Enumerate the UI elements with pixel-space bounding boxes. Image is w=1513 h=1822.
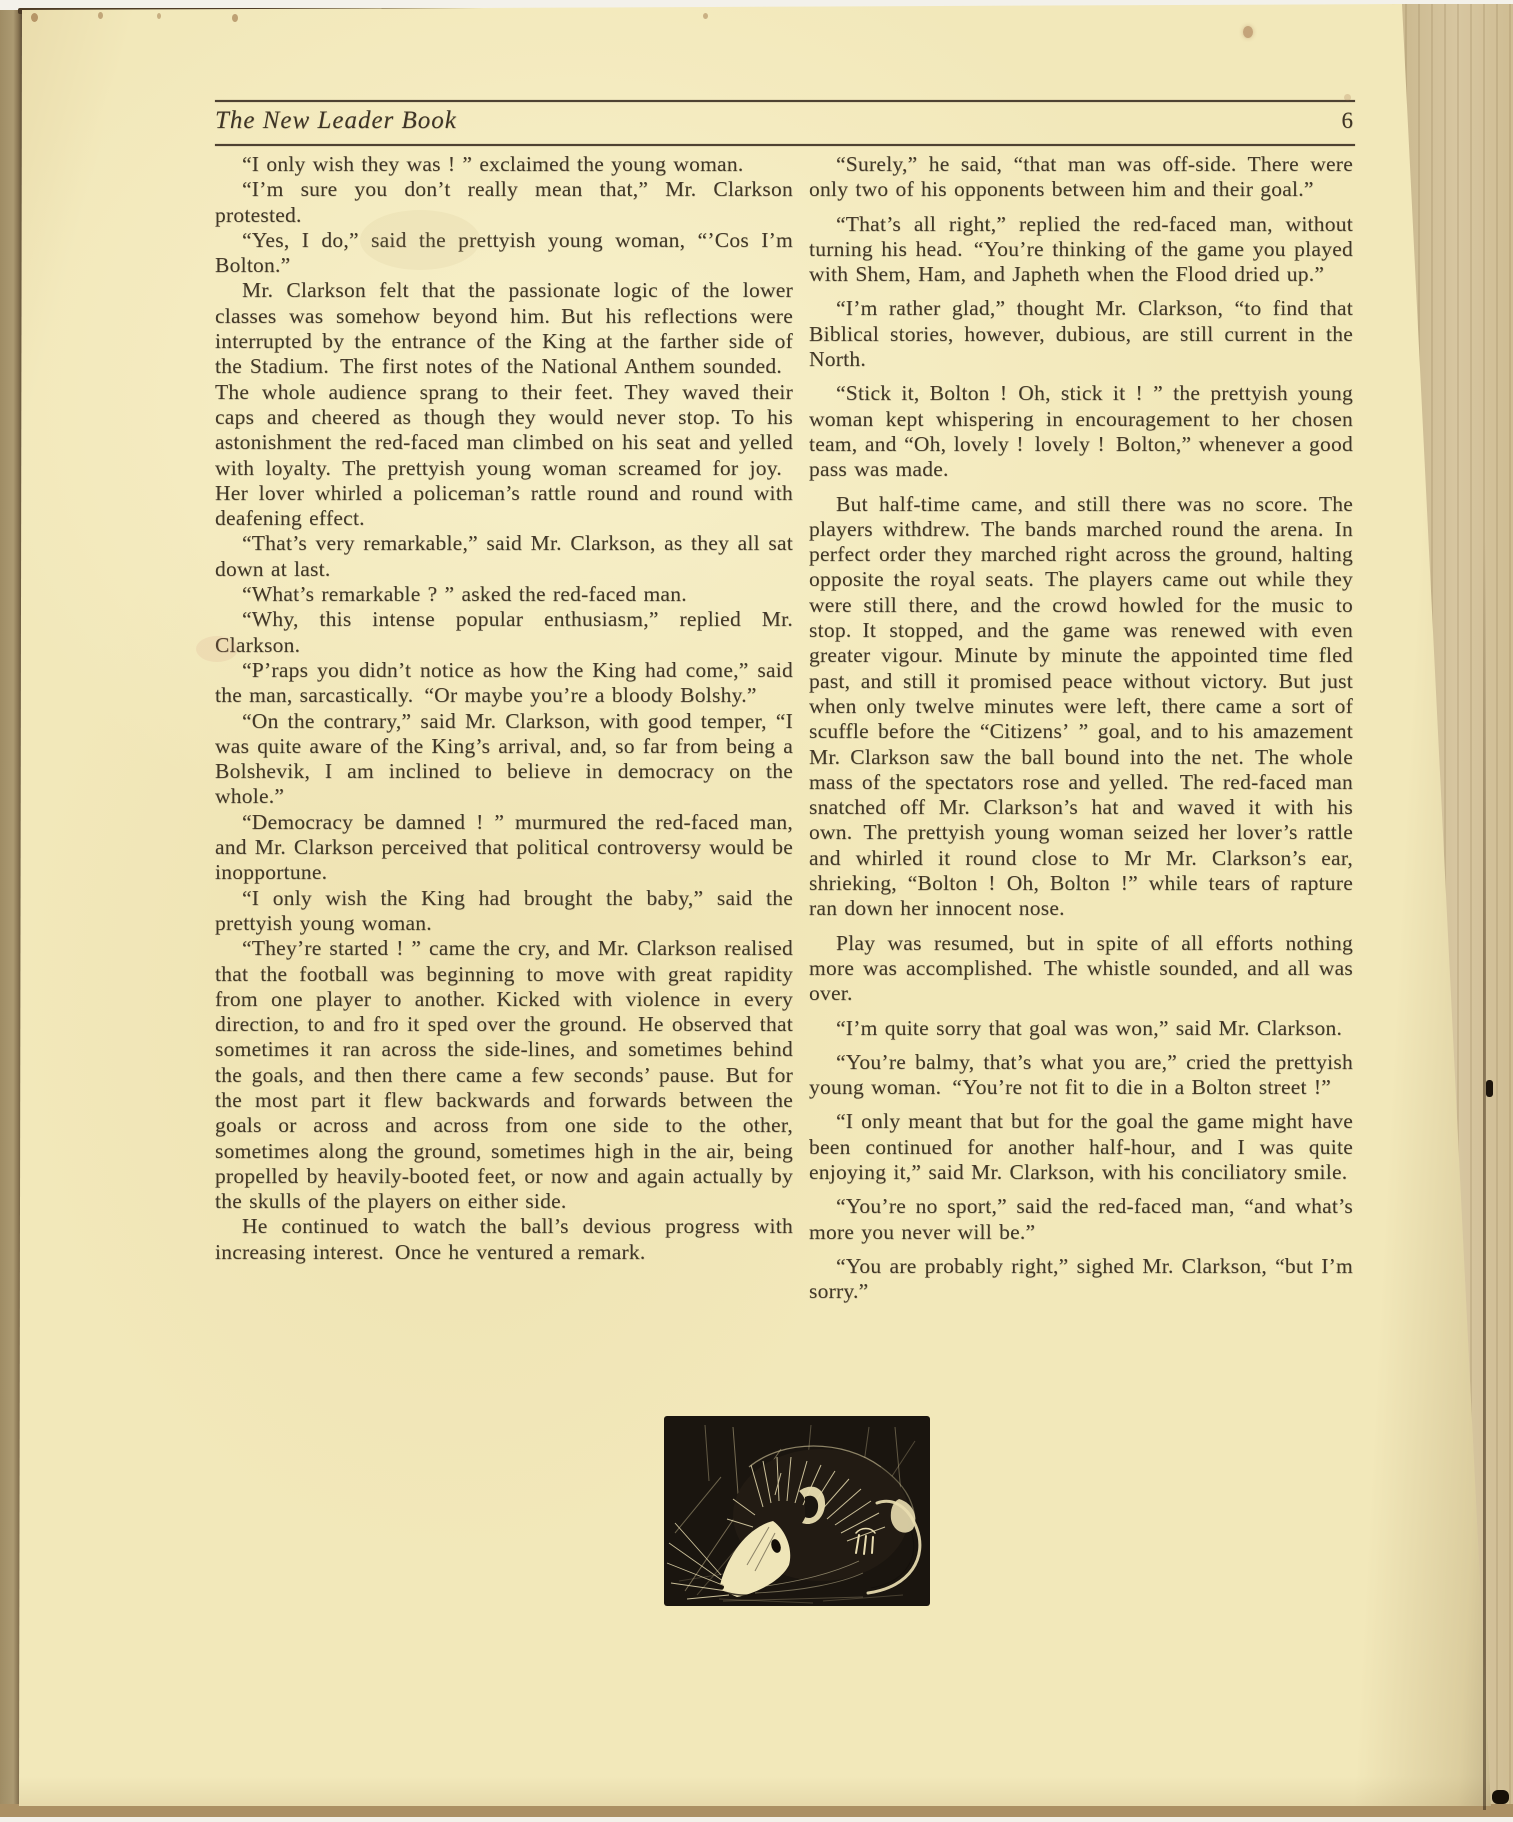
page-smudge [196,636,238,662]
paragraph: “You’re balmy, that’s what you are,” cri… [809,1050,1353,1101]
paragraph: “Stick it, Bolton ! Oh, stick it ! ” the… [809,381,1353,482]
ink-speck [1486,1080,1493,1097]
foxing-spot [703,13,708,19]
paragraph: “That’s very remarkable,” said Mr. Clark… [215,531,793,582]
ink-speck [1492,1790,1509,1804]
foxing-spot [1344,94,1351,101]
paragraph: “I’m sure you don’t really mean that,” M… [215,177,793,228]
right-column: “Surely,” he said, “that man was off-sid… [809,152,1353,1434]
left-column: “I only wish they was ! ” exclaimed the … [215,152,793,1404]
paragraph: “Surely,” he said, “that man was off-sid… [809,152,1353,203]
mouse-woodcut-illustration [663,1415,931,1607]
running-header-title: The New Leader Book [215,102,457,135]
paragraph: “I’m rather glad,” thought Mr. Clarkson,… [809,296,1353,372]
text-columns: “I only wish they was ! ” exclaimed the … [215,152,1353,1434]
paragraph: “Democracy be damned ! ” murmured the re… [215,810,793,886]
paragraph: “You’re no sport,” said the red-faced ma… [809,1194,1353,1245]
paragraph: “On the contrary,” said Mr. Clarkson, wi… [215,709,793,810]
gutter-crease [1483,540,1486,1810]
paragraph: “I only meant that but for the goal the … [809,1109,1353,1185]
paragraph: “I only wish the King had brought the ba… [215,886,793,937]
paragraph: Mr. Clarkson felt that the passionate lo… [215,278,793,531]
paragraph: Play was resumed, but in spite of all ef… [809,931,1353,1007]
book-scan: The New Leader Book 6 “I only wish they … [0,0,1513,1822]
running-header: The New Leader Book 6 [215,102,1355,142]
paragraph: “Yes, I do,” said the prettyish young wo… [215,228,793,279]
paragraph: “That’s all right,” replied the red-face… [809,212,1353,288]
paragraph: “I only wish they was ! ” exclaimed the … [215,152,793,177]
paragraph: “What’s remarkable ? ” asked the red-fac… [215,582,793,607]
paragraph: “They’re started ! ” came the cry, and M… [215,936,793,1214]
paragraph: But half-time came, and still there was … [809,492,1353,922]
foxing-spot [232,14,238,22]
foxing-spot [157,13,161,19]
paragraph: “Why, this intense popular enthusiasm,” … [215,607,793,658]
foxing-spot [98,12,103,19]
foxing-spot [1243,26,1253,38]
paragraph: He continued to watch the ball’s devious… [215,1214,793,1265]
paragraph: “P’raps you didn’t notice as how the Kin… [215,658,793,709]
header-rule-bottom [215,144,1355,146]
paragraph: “I’m quite sorry that goal was won,” sai… [809,1016,1353,1041]
book-spine-edge [0,10,22,1810]
page-number: 6 [1342,102,1356,134]
foxing-spot [31,13,38,22]
book-page: The New Leader Book 6 “I only wish they … [0,0,1513,1822]
paragraph: “You are probably right,” sighed Mr. Cla… [809,1254,1353,1305]
page-smudge [360,210,480,270]
